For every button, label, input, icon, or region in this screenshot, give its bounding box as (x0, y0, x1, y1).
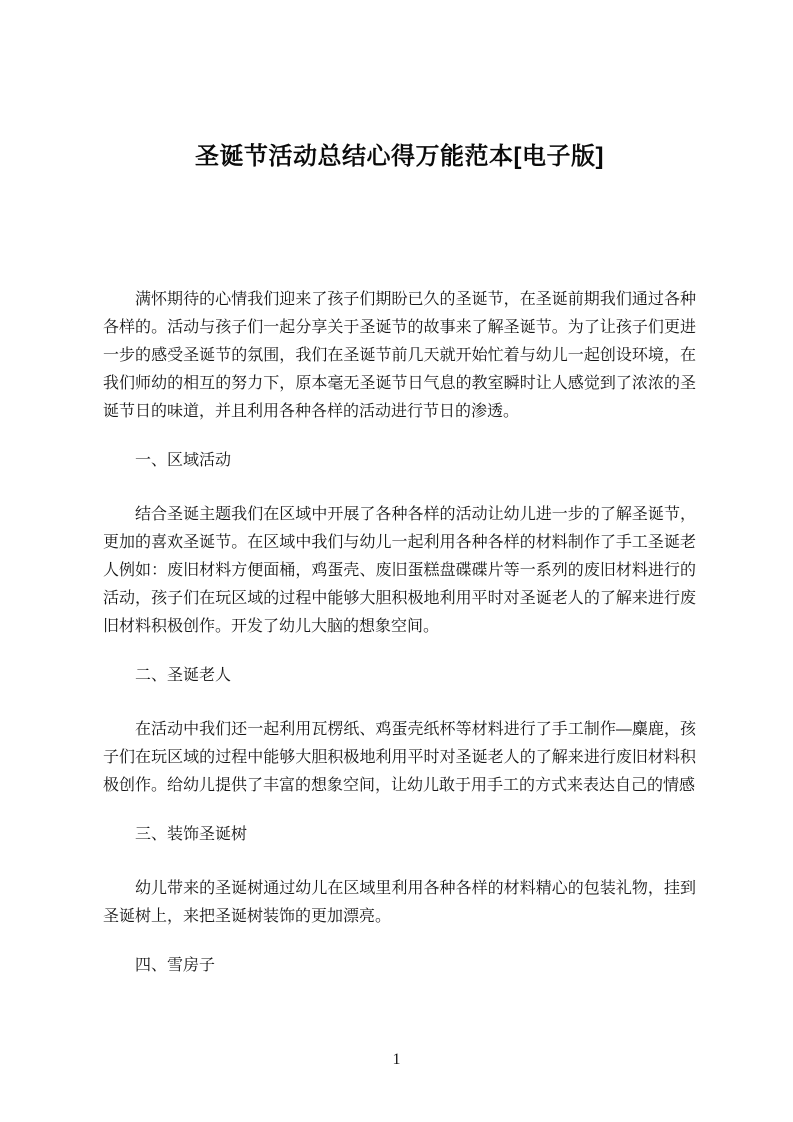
section-heading-1: 一、区域活动 (103, 447, 696, 475)
paragraph-section-3: 幼儿带来的圣诞树通过幼儿在区域里利用各种各样的材料精心的包装礼物，挂到圣诞树上，… (103, 875, 696, 931)
page-number: 1 (0, 1050, 793, 1070)
section-heading-4: 四、雪房子 (103, 952, 696, 980)
document-page: 圣诞节活动总结心得万能范本[电子版] 满怀期待的心情我们迎来了孩子们期盼已久的圣… (0, 0, 793, 1122)
section-heading-3: 三、装饰圣诞树 (103, 821, 696, 849)
paragraph-section-1: 结合圣诞主题我们在区域中开展了各种各样的活动让幼儿进一步的了解圣诞节，更加的喜欢… (103, 501, 696, 641)
document-title: 圣诞节活动总结心得万能范本[电子版] (103, 0, 696, 173)
paragraph-intro: 满怀期待的心情我们迎来了孩子们期盼已久的圣诞节，在圣诞前期我们通过各种各样的。活… (103, 286, 696, 426)
section-heading-2: 二、圣诞老人 (103, 662, 696, 690)
paragraph-section-2: 在活动中我们还一起利用瓦楞纸、鸡蛋壳纸杯等材料进行了手工制作—麋鹿，孩子们在玩区… (103, 716, 696, 800)
